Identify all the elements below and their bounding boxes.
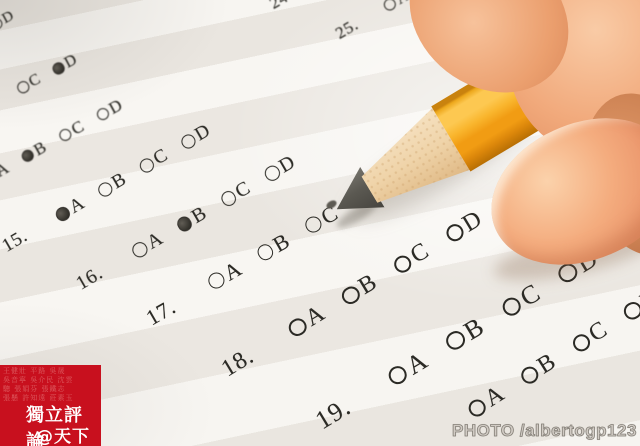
photo-credit: PHOTO /albertogp123: [452, 421, 637, 441]
empty-bubble-icon: [381, 0, 398, 13]
empty-bubble-icon: [621, 299, 640, 323]
stamp-subtitle: @天下: [36, 422, 90, 446]
answer-sheet-photo: DCDABCD15.ABCD16.ABCD17.ABCD18.ABCD19.AB…: [0, 0, 640, 446]
press-stamp: 王健壯 平路 吳晟 吳音寧 吳介民 沈雲驄 張娟芬 張鐵志 張懸 許知遠 莊素玉…: [0, 365, 101, 446]
stamp-names: 王健壯 平路 吳晟 吳音寧 吳介民 沈雲驄 張娟芬 張鐵志 張懸 許知遠 莊素玉: [3, 367, 75, 403]
